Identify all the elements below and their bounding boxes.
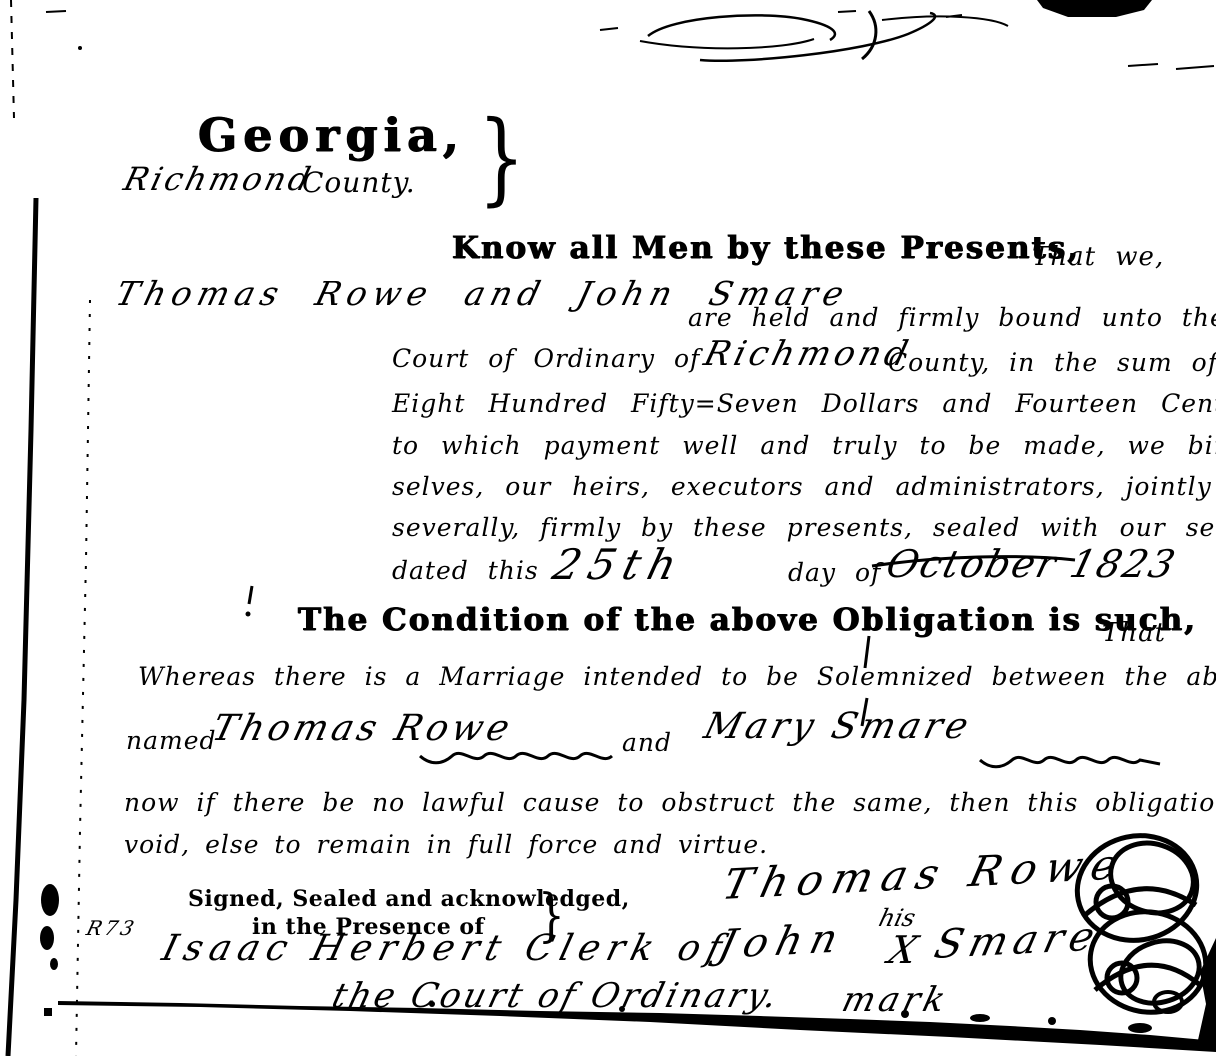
- name-rule-squiggles: [420, 753, 1160, 766]
- scan-edge-top-left: [11, 0, 82, 118]
- edge-marks-top-right: [1128, 64, 1214, 69]
- bond-line-heirs: selves, our heirs, executors and adminis…: [392, 472, 1216, 501]
- document-page: Georgia, Richmond County. } Know all Men…: [0, 0, 1216, 1056]
- bond-line-sealed: severally, firmly by these presents, sea…: [392, 513, 1216, 542]
- scan-edge-left: [8, 198, 90, 1056]
- condition-line-lawful: now if there be no lawful cause to obstr…: [124, 788, 1216, 817]
- bond-heading-suffix: That we,: [1032, 242, 1164, 272]
- bond-line-dated-mid: day of: [788, 558, 881, 587]
- bond-line-court-pre: Court of Ordinary of: [392, 344, 700, 373]
- condition-line-whereas: Whereas there is a Marriage intended to …: [138, 662, 1216, 691]
- condition-line-void: void, else to remain in full force and v…: [124, 830, 768, 859]
- signature-john-first: John: [714, 916, 850, 968]
- witness-signature-line1: Isaac Herbert Clerk of: [158, 928, 733, 969]
- condition-heading: The Condition of the above Obligation is…: [298, 602, 1197, 638]
- bond-heading: Know all Men by these Presents,: [452, 230, 1080, 266]
- top-pen-scribble: [600, 11, 1008, 61]
- bond-line-bound: are held and firmly bound unto the: [688, 303, 1216, 332]
- county-label: County.: [302, 166, 416, 199]
- bond-line-dated-pre: dated this: [392, 556, 539, 585]
- margin-annotation: R73: [84, 916, 139, 940]
- court-county-handwritten: Richmond: [700, 334, 916, 374]
- conjunction-and: and: [622, 728, 672, 757]
- state-heading: Georgia,: [198, 108, 465, 162]
- condition-heading-suffix: That: [1102, 618, 1166, 648]
- witness-signature-line2: the Court of Ordinary.: [328, 976, 784, 1016]
- his-mark-mark: mark: [838, 980, 953, 1020]
- signature-smare-last: Smare: [930, 914, 1105, 968]
- dated-date-handwritten: October 1823: [882, 542, 1181, 586]
- bond-line-payment: to which payment well and truly to be ma…: [392, 431, 1216, 460]
- groom-name-handwritten: Thomas Rowe: [208, 708, 518, 749]
- named-label: named: [126, 726, 217, 755]
- dated-day-handwritten: 25th: [548, 540, 690, 589]
- county-name-handwritten: Richmond: [120, 160, 317, 198]
- bond-line-sum: Eight Hundred Fifty=Seven Dollars and Fo…: [392, 389, 1216, 418]
- header-brace: }: [478, 100, 525, 216]
- bride-name-handwritten: Mary Smare: [700, 706, 976, 747]
- bond-line-court-post: County, in the sum of: [888, 348, 1216, 377]
- punch-hole-top-right: [1037, 0, 1152, 17]
